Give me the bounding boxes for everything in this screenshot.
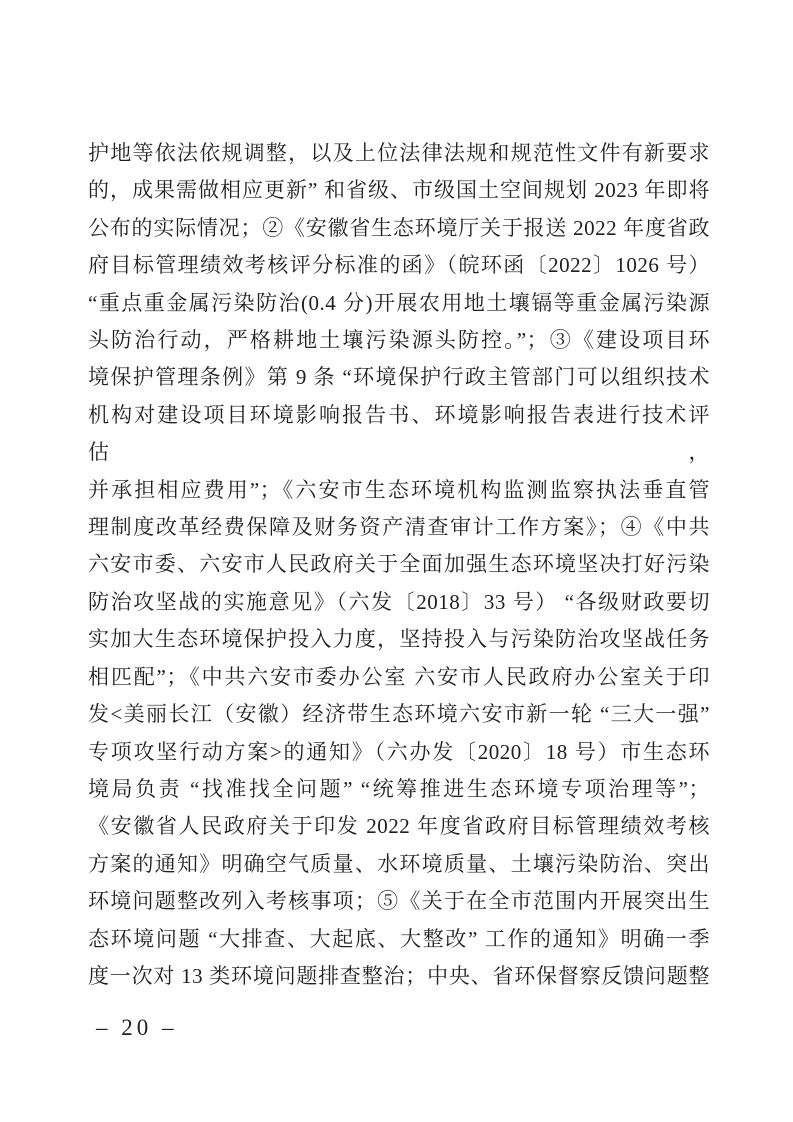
page-number: – 20 –: [96, 1015, 178, 1040]
text-line: 护地等依法依规调整，以及上位法律法规和规范性文件有新要求: [88, 135, 710, 172]
text-line: “重点重金属污染防治(0.4 分)开展农用地土壤镉等重金属污染源: [88, 285, 710, 322]
text-line: 并承担相应费用”；《六安市生态环境机构监测监察执法垂直管: [88, 472, 710, 509]
text-line: 相匹配”；《中共六安市委办公室 六安市人民政府办公室关于印: [88, 659, 710, 696]
text-line: 实加大生态环境保护投入力度，坚持投入与污染防治攻坚战任务: [88, 621, 710, 658]
text-line: 公布的实际情况；②《安徽省生态环境厅关于报送 2022 年度省政: [88, 210, 710, 247]
body-text-block: 护地等依法依规调整，以及上位法律法规和规范性文件有新要求 的，成果需做相应更新”…: [88, 135, 710, 995]
text-line: 境保护管理条例》第 9 条 “环境保护行政主管部门可以组织技术: [88, 359, 710, 396]
text-line: 环境问题整改列入考核事项；⑤《关于在全市范围内开展突出生: [88, 883, 710, 920]
page-footer: – 20 –: [96, 1015, 178, 1041]
text-line: 的，成果需做相应更新” 和省级、市级国土空间规划 2023 年即将: [88, 172, 710, 209]
text-line: 专项攻坚行动方案>的通知》（六办发〔2020〕18 号）市生态环: [88, 734, 710, 771]
text-line: 防治攻坚战的实施意见》（六发〔2018〕33 号） “各级财政要切: [88, 584, 710, 621]
document-page: 护地等依法依规调整，以及上位法律法规和规范性文件有新要求 的，成果需做相应更新”…: [0, 0, 793, 1122]
text-line: 境局负责 “找准找全问题” “统筹推进生态环境专项治理等”；: [88, 771, 710, 808]
text-line: 态环境问题 “大排查、大起底、大整改” 工作的通知》明确一季: [88, 921, 710, 958]
text-line: 理制度改革经费保障及财务资产清查审计工作方案》；④《中共: [88, 509, 710, 546]
text-line: 六安市委、六安市人民政府关于全面加强生态环境坚决打好污染: [88, 546, 710, 583]
text-line: 机构对建设项目环境影响报告书、环境影响报告表进行技术评估，: [88, 397, 710, 472]
text-line: 方案的通知》明确空气质量、水环境质量、土壤污染防治、突出: [88, 846, 710, 883]
text-line: 头防治行动，严格耕地土壤污染源头防控。”；③《建设项目环: [88, 322, 710, 359]
text-line: 度一次对 13 类环境问题排查整治；中央、省环保督察反馈问题整: [88, 958, 710, 995]
text-line: 《安徽省人民政府关于印发 2022 年度省政府目标管理绩效考核: [88, 808, 710, 845]
text-line: 发<美丽长江（安徽）经济带生态环境六安市新一轮 “三大一强”: [88, 696, 710, 733]
text-line: 府目标管理绩效考核评分标准的函》（皖环函〔2022〕1026 号）: [88, 247, 710, 284]
